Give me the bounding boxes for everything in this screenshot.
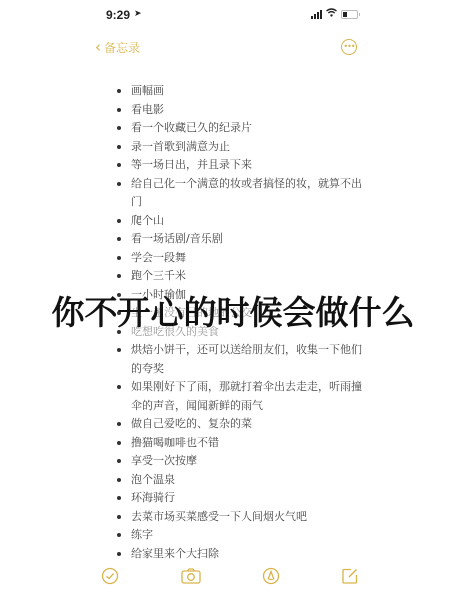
list-item: 爬个山 xyxy=(114,212,364,231)
camera-icon xyxy=(181,567,201,585)
back-label: 备忘录 xyxy=(104,39,140,56)
list-item: 泡个温泉 xyxy=(114,471,364,490)
checklist-button[interactable] xyxy=(101,567,119,585)
list-item: 画幅画 xyxy=(114,82,364,101)
compose-icon xyxy=(341,567,359,585)
list-item: 练字 xyxy=(114,526,364,545)
list-item: 看一个收藏已久的纪录片 xyxy=(114,119,364,138)
system-icons xyxy=(311,8,358,20)
bottom-toolbar xyxy=(0,567,459,587)
signal-icon xyxy=(311,10,322,19)
list-item: 录一首歌到满意为止 xyxy=(114,138,364,157)
markup-icon xyxy=(262,567,280,585)
location-arrow-icon: ➤ xyxy=(134,9,142,19)
list-item: 给家里来个大扫除 xyxy=(114,545,364,564)
list-item: 环海骑行 xyxy=(114,489,364,508)
list-item: 看电影 xyxy=(114,101,364,120)
checklist-icon xyxy=(101,567,119,585)
list-item: 学会一段舞 xyxy=(114,249,364,268)
list-item: 享受一次按摩 xyxy=(114,452,364,471)
more-options-button[interactable]: ••• xyxy=(341,39,357,55)
list-item: 撸猫喝咖啡也不错 xyxy=(114,434,364,453)
list-item: 去菜市场买菜感受一下人间烟火气吧 xyxy=(114,508,364,527)
list-item: 给自己化一个满意的妆或者搞怪的妆，就算不出门 xyxy=(114,175,364,212)
back-button[interactable]: ‹ 备忘录 xyxy=(95,38,140,56)
status-bar: 9:29 ➤ xyxy=(0,0,459,30)
list-item: 做自己爱吃的、复杂的菜 xyxy=(114,415,364,434)
list-item: 如果刚好下了雨，那就打着伞出去走走，听雨撞伞的声音，闻闻新鲜的雨气 xyxy=(114,378,364,415)
markup-button[interactable] xyxy=(262,567,280,585)
camera-button[interactable] xyxy=(181,567,201,585)
wifi-icon xyxy=(326,8,337,20)
compose-button[interactable] xyxy=(341,567,359,585)
list-item: 跑个三千米 xyxy=(114,267,364,286)
overlay-title: 你不开心的时候会做什么 xyxy=(28,287,438,334)
ellipsis-circle-icon: ••• xyxy=(343,43,354,51)
battery-icon xyxy=(341,10,358,19)
list-item: 看一场话剧/音乐剧 xyxy=(114,230,364,249)
list-item: 烘焙小饼干，还可以送给朋友们，收集一下他们的夸奖 xyxy=(114,341,364,378)
list-item: 等一场日出，并且录下来 xyxy=(114,156,364,175)
navigation-bar: ‹ 备忘录 ••• xyxy=(0,36,459,60)
status-time: 9:29 xyxy=(106,8,130,22)
chevron-left-icon: ‹ xyxy=(95,38,101,56)
